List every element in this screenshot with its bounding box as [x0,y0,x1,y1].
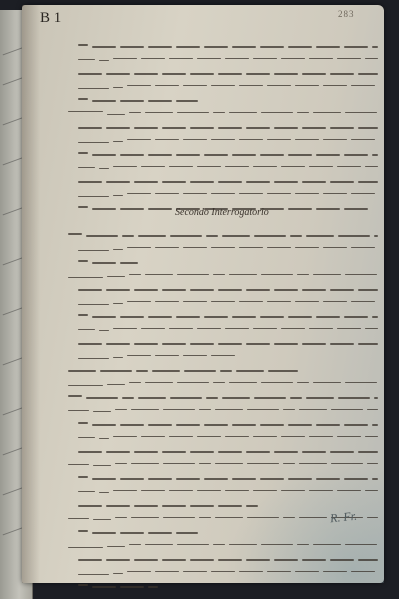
handwritten-line [78,189,378,203]
handwritten-line [78,270,378,284]
handwritten-line [78,553,378,567]
handwritten-line [78,391,378,405]
handwritten-line [78,378,378,392]
handwritten-line [78,256,378,270]
handwritten-line [78,526,378,540]
handwritten-line [78,283,378,297]
page-number: 283 [338,9,355,19]
handwritten-line [78,94,378,108]
handwritten-line [78,445,378,459]
handwritten-line [78,432,378,446]
handwritten-line [78,472,378,486]
handwritten-line [78,81,378,95]
signature: R. Fr. [329,509,357,527]
handwritten-line [78,337,378,351]
handwritten-line [78,364,378,378]
handwritten-line [78,148,378,162]
handwritten-line [78,40,378,54]
handwritten-line [78,310,378,324]
folio-mark: B 1 [40,10,61,27]
handwritten-line [78,162,378,176]
section-heading: Secondo Interrogatorio [175,207,269,218]
handwritten-line [78,175,378,189]
handwritten-line [78,67,378,81]
handwritten-line [78,229,378,243]
handwritten-line [78,567,378,581]
handwritten-line [78,297,378,311]
handwritten-line [78,405,378,419]
handwritten-line [78,459,378,473]
handwritten-line [78,351,378,365]
handwritten-line [78,121,378,135]
handwritten-line [78,54,378,68]
handwritten-line [78,540,378,554]
handwritten-line [78,108,378,122]
handwritten-line [78,243,378,257]
handwritten-line [78,580,378,594]
handwritten-line [78,486,378,500]
page-gutter [22,5,40,583]
handwritten-line [78,135,378,149]
handwritten-line [78,418,378,432]
handwritten-line [78,324,378,338]
